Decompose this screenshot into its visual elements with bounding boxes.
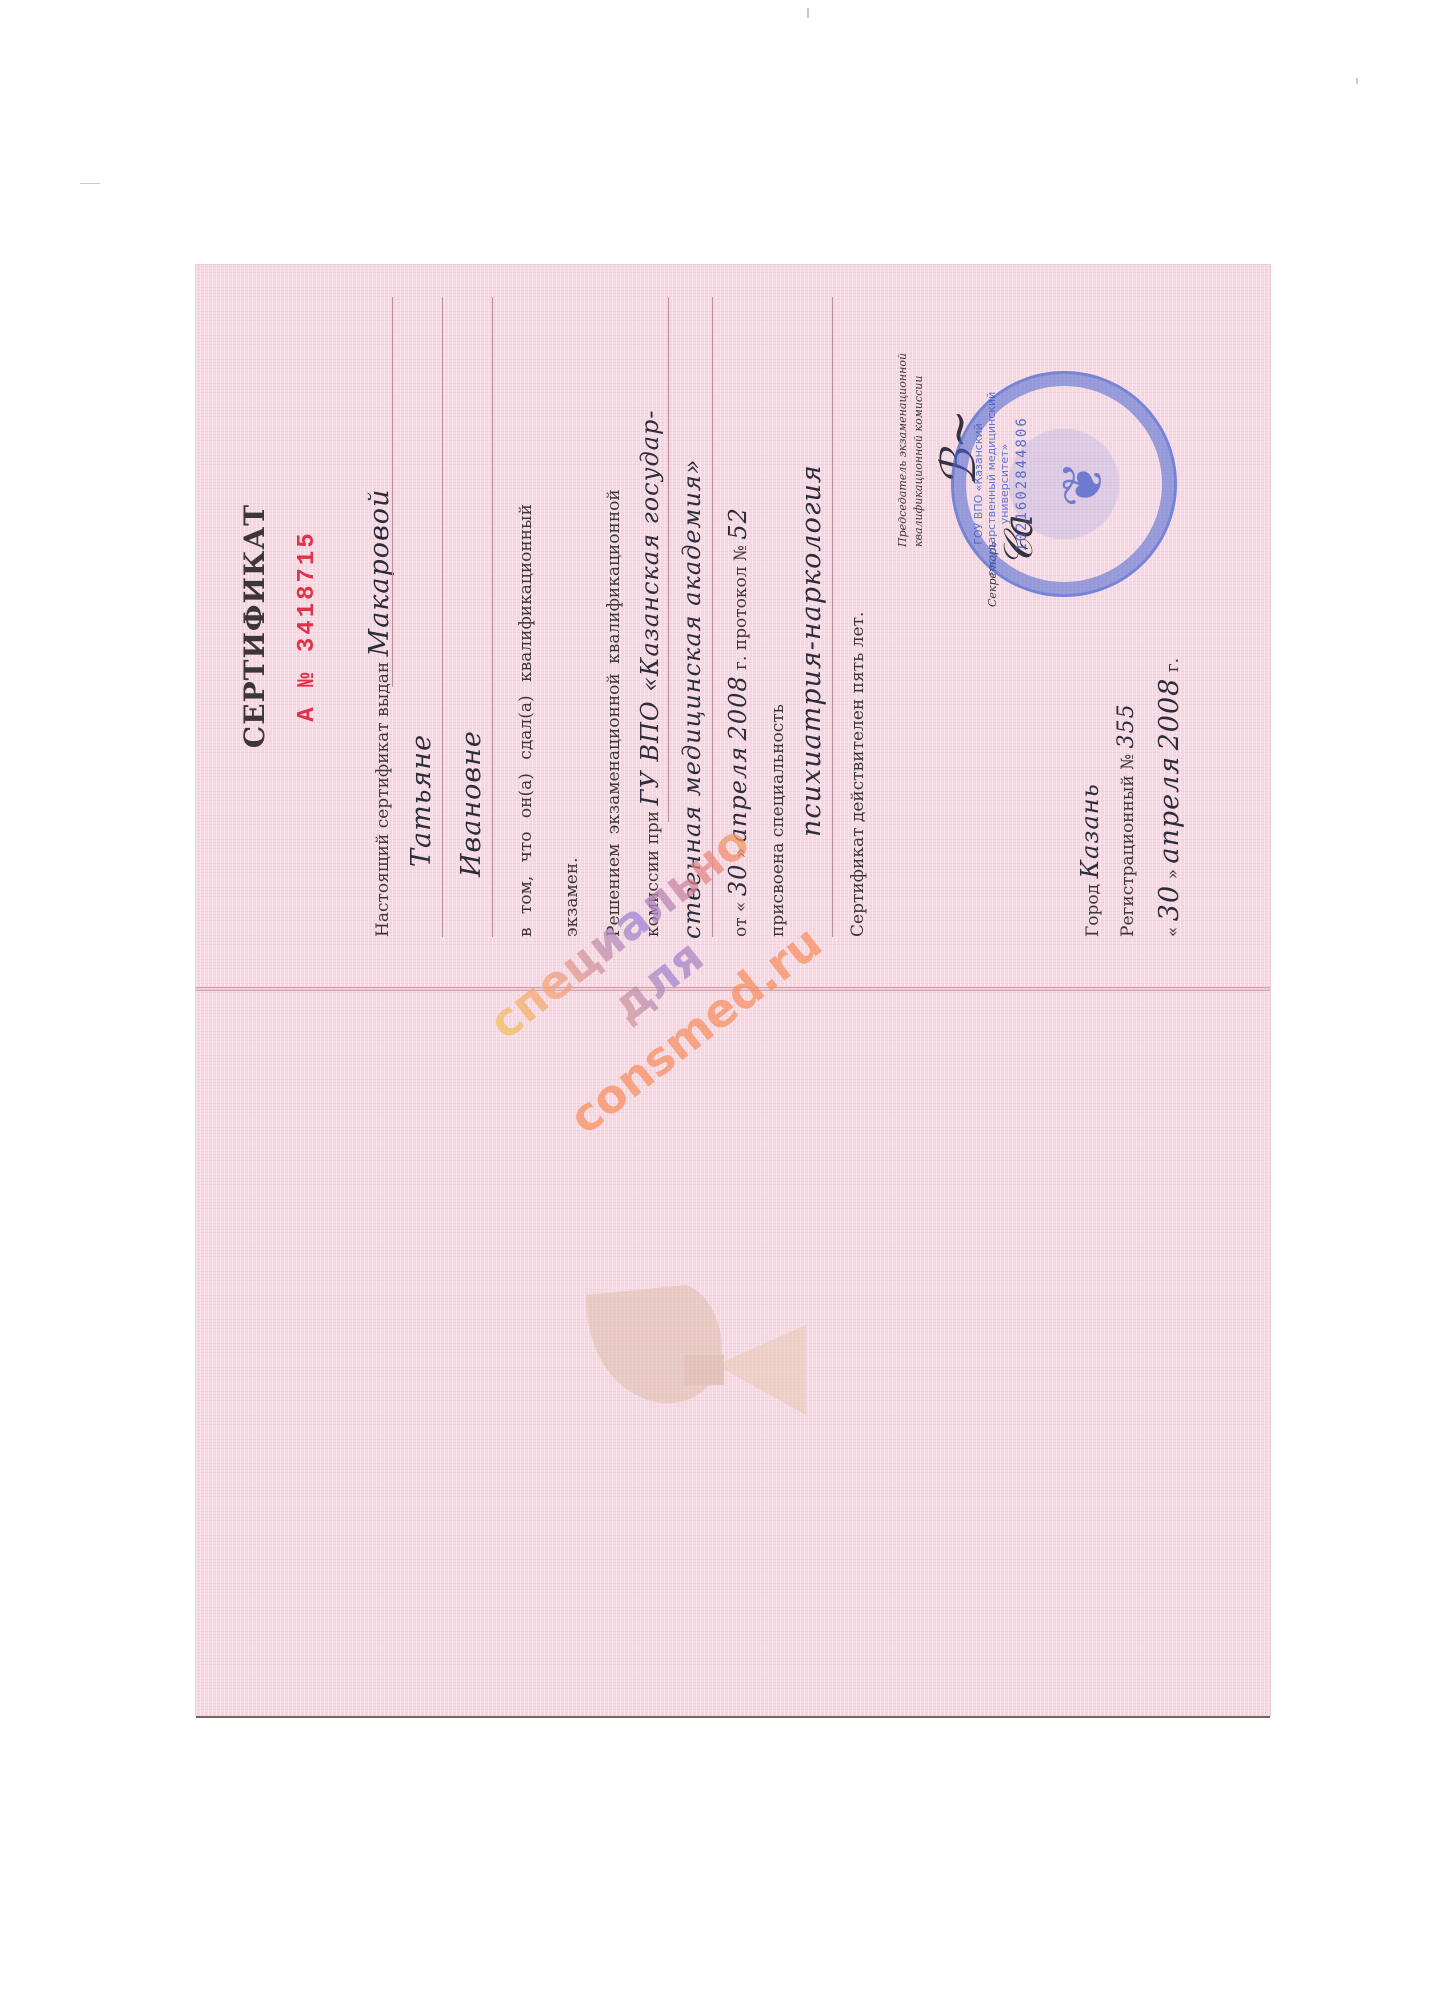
certificate-series: А (294, 704, 321, 721)
issued-to-label: Настоящий сертификат выдан (373, 662, 393, 937)
fill-rule (712, 297, 713, 937)
recipient-name-line: Татьяне (406, 734, 437, 867)
commission-label: комиссии при (643, 811, 663, 937)
date-prefix: от « (731, 902, 751, 937)
validity-line: Сертификат действителен пять лет. (848, 612, 868, 937)
protocol-number: 52 (724, 507, 752, 540)
registration-label: Регистрационный № (1118, 754, 1138, 937)
institution-name-part1: ГУ ВПО «Казанская государ- (636, 409, 664, 805)
scan-speck (807, 8, 809, 18)
specialty-line: психиатрия-наркология (796, 464, 827, 837)
double-headed-eagle-icon: ❦ (1044, 449, 1124, 519)
fill-rule (392, 297, 393, 687)
certificate-number: А № 3418715 (294, 265, 321, 987)
exam-line: в том, что он(а) сдал(а) квалификационны… (516, 504, 536, 937)
issue-month: апреля (1154, 756, 1185, 864)
fill-rule (668, 297, 669, 822)
seal-code: 1021602844806 (1014, 374, 1030, 594)
decision-day: 30 (724, 864, 752, 897)
decision-month: апреля (724, 746, 752, 843)
city-label: Город (1083, 884, 1103, 937)
certificate-title: СЕРТИФИКАТ (238, 265, 271, 987)
issued-to-line: Настоящий сертификат выдан Макаровой (364, 489, 395, 937)
registration-line: Регистрационный № 355 (1114, 703, 1139, 937)
issue-year: 2008 (1154, 678, 1185, 751)
recipient-patronymic-line: Ивановне (456, 730, 487, 877)
date-protocol-line: от « 30 » апреля 2008 г. протокол № 52 (724, 507, 752, 937)
specialty-value: психиатрия-наркология (796, 464, 827, 837)
booklet-fold (196, 987, 1270, 991)
number-sign: № (294, 670, 321, 687)
city-value: Казань (1076, 783, 1104, 878)
recipient-name: Татьяне (406, 734, 437, 867)
scan-speck (1356, 78, 1358, 84)
issue-date-line: « 30 » апреля 2008 г. (1154, 658, 1185, 937)
institution-line2: ственная медицинская академия» (678, 459, 706, 940)
protocol-label: г. протокол № (731, 545, 751, 670)
registration-number: 355 (1114, 703, 1139, 748)
chairman-label: Председатель экзаменационной (896, 353, 909, 547)
issue-year-suffix: г. (1163, 658, 1183, 672)
recipient-surname: Макаровой (364, 489, 395, 657)
fill-rule (492, 297, 493, 937)
commission-line: комиссии при ГУ ВПО «Казанская государ- (636, 409, 664, 937)
hygieia-bowl-emblem-icon (566, 1255, 826, 1485)
scan-speck (80, 183, 100, 184)
exam-line-end: экзамен. (562, 857, 582, 937)
certificate-booklet: СЕРТИФИКАТ А № 3418715 Настоящий сертифи… (196, 265, 1270, 1716)
decision-line: Решением экзаменационной квалификационно… (604, 489, 624, 937)
certificate-front-page: СЕРТИФИКАТ А № 3418715 Настоящий сертифи… (196, 265, 1270, 987)
chairman-label-2: квалификационной комиссии (912, 376, 925, 547)
official-seal: ГОУ ВПО «Казанский государственный медиц… (951, 371, 1177, 597)
certificate-serial: 3418715 (294, 530, 321, 652)
fill-rule (442, 297, 443, 937)
fill-rule (832, 297, 833, 937)
seal-ring-text: ГОУ ВПО «Казанский государственный медиц… (972, 374, 1011, 594)
city-line: Город Казань (1076, 783, 1104, 937)
institution-name-part2: ственная медицинская академия» (678, 459, 706, 940)
issue-day: 30 (1154, 885, 1185, 921)
decision-year: 2008 (724, 675, 752, 740)
recipient-patronymic: Ивановне (456, 730, 487, 877)
assigned-line: присвоена специальность (768, 704, 788, 937)
